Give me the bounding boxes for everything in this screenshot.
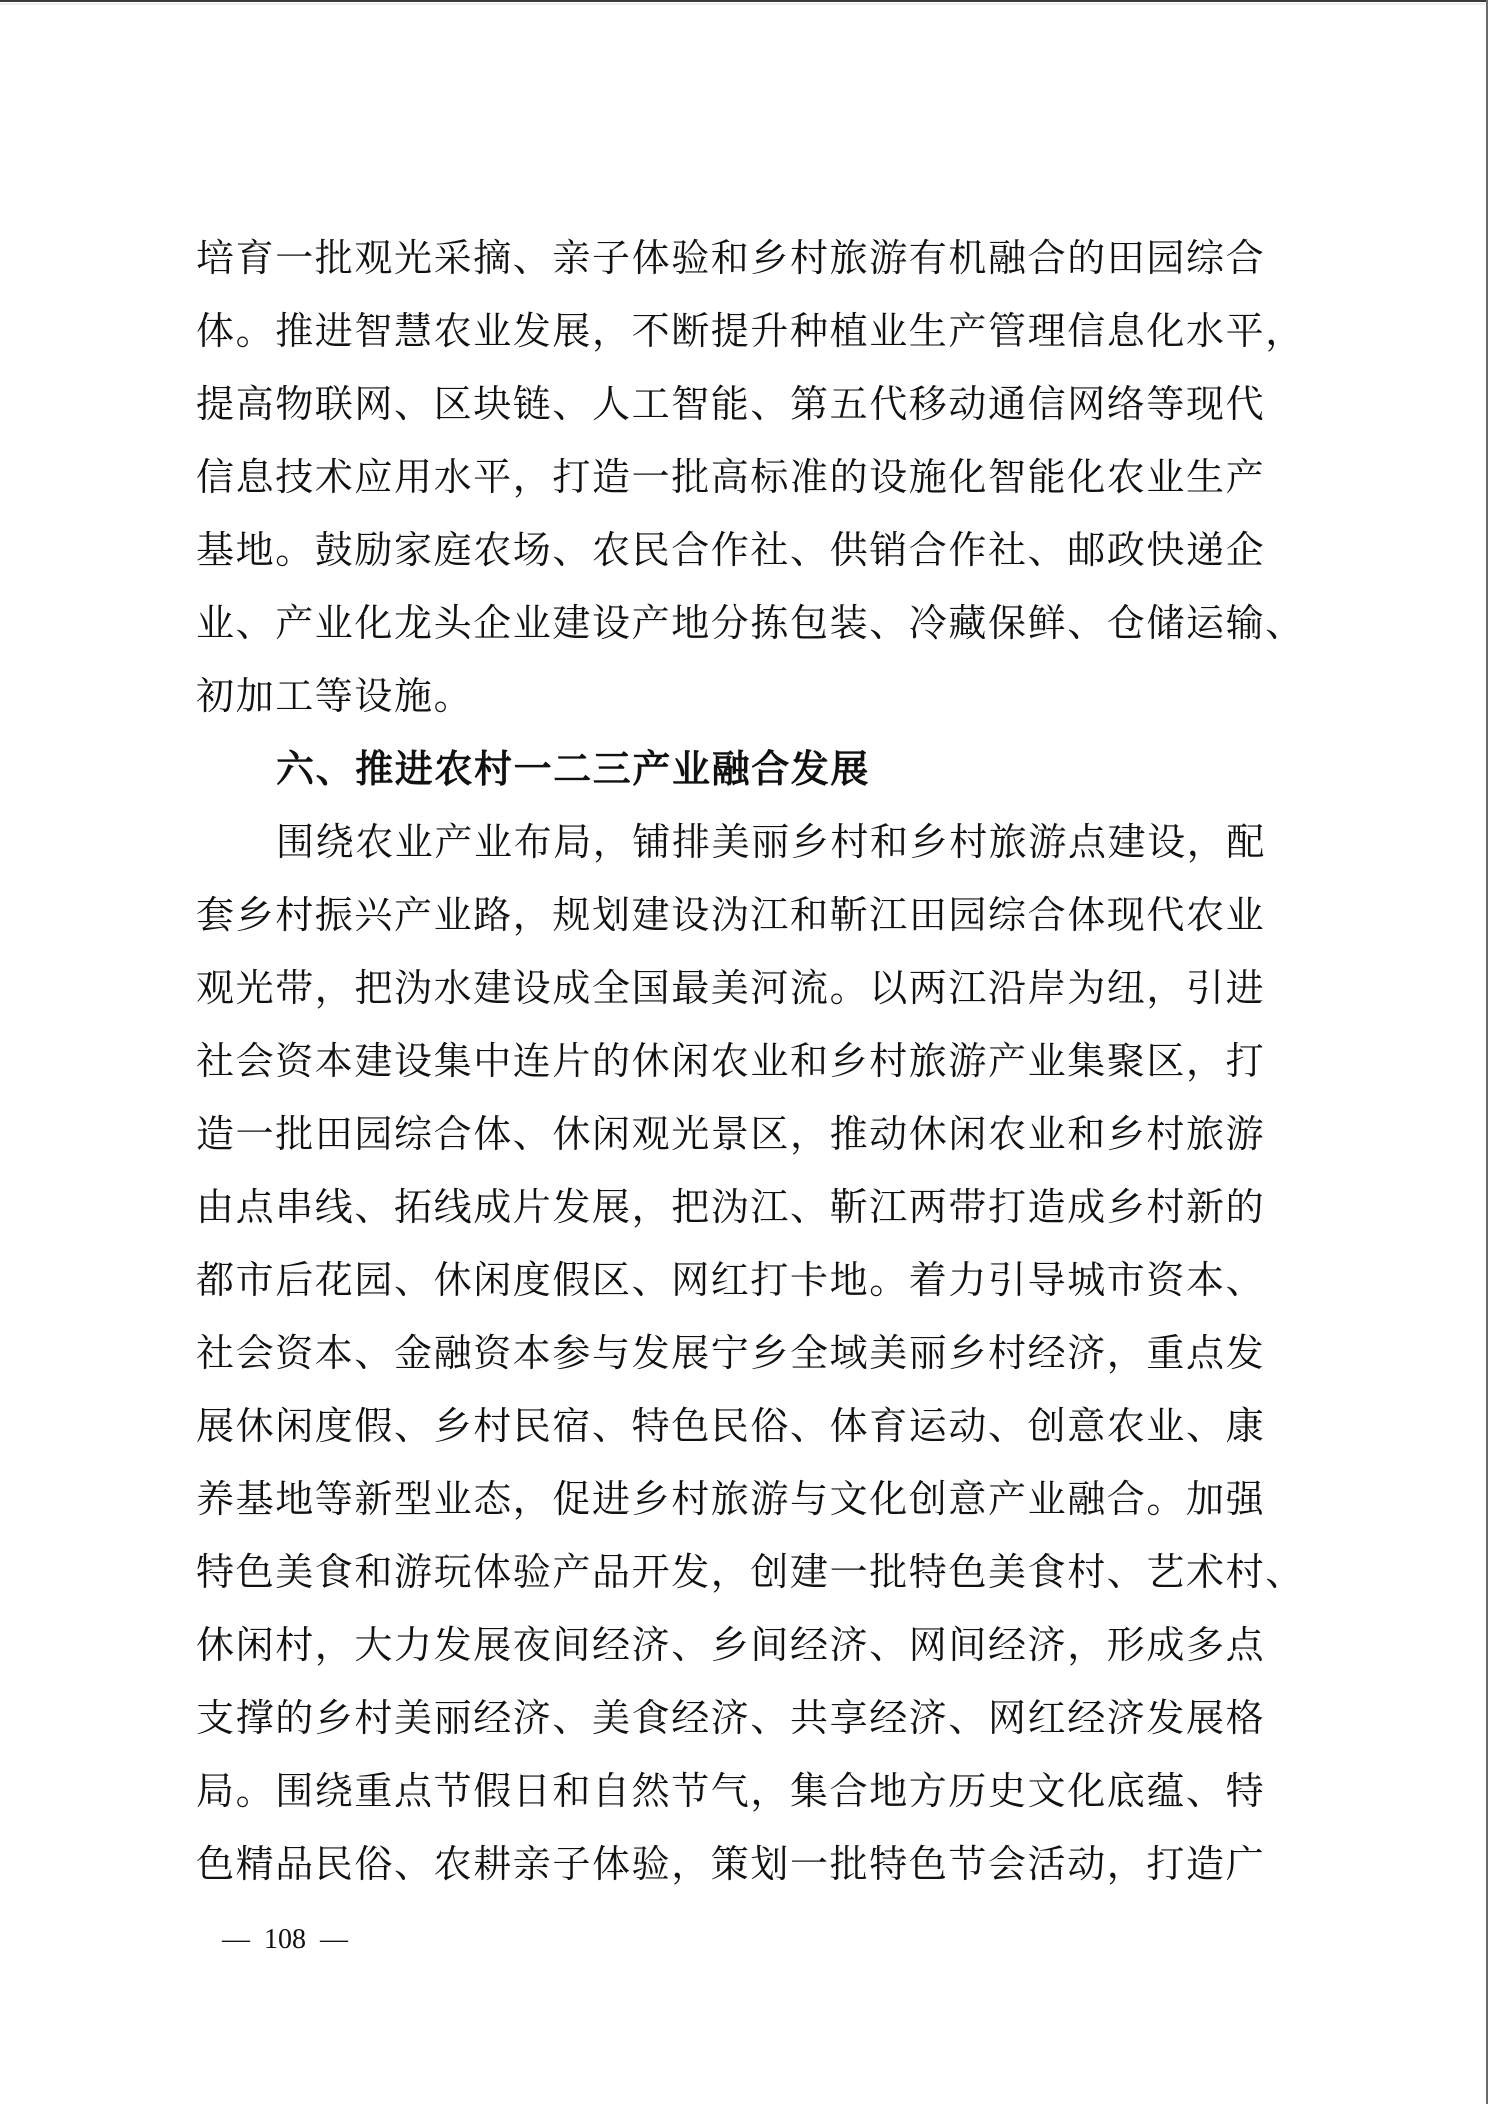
text-line: 社会资本建设集中连片的休闲农业和乡村旅游产业集聚区，打 bbox=[196, 1031, 1296, 1104]
paragraph-facilities: 培育一批观光采摘、亲子体验和乡村旅游有机融合的田园综合 体。推进智慧农业发展，不… bbox=[196, 228, 1296, 739]
text-line: 社会资本、金融资本参与发展宁乡全域美丽乡村经济，重点发 bbox=[196, 1323, 1296, 1396]
text-line: 特色美食和游玩体验产品开发，创建一批特色美食村、艺术村、 bbox=[196, 1542, 1296, 1615]
text-line: 提高物联网、区块链、人工智能、第五代移动通信网络等现代 bbox=[196, 374, 1296, 447]
text-line: 都市后花园、休闲度假区、网红打卡地。着力引导城市资本、 bbox=[196, 1250, 1296, 1323]
text-line: 初加工等设施。 bbox=[196, 666, 1296, 739]
text-line: 培育一批观光采摘、亲子体验和乡村旅游有机融合的田园综合 bbox=[196, 228, 1296, 301]
text-line: 业、产业化龙头企业建设产地分拣包装、冷藏保鲜、仓储运输、 bbox=[196, 593, 1296, 666]
text-line: 观光带，把沩水建设成全国最美河流。以两江沿岸为纽，引进 bbox=[196, 958, 1296, 1031]
text-line: 展休闲度假、乡村民宿、特色民俗、体育运动、创意农业、康 bbox=[196, 1396, 1296, 1469]
page-top-border-shadow bbox=[0, 3, 1488, 5]
text-line: 由点串线、拓线成片发展，把沩江、靳江两带打造成乡村新的 bbox=[196, 1177, 1296, 1250]
document-body: 培育一批观光采摘、亲子体验和乡村旅游有机融合的田园综合 体。推进智慧农业发展，不… bbox=[196, 228, 1296, 1907]
text-line: 支撑的乡村美丽经济、美食经济、共享经济、网红经济发展格 bbox=[196, 1688, 1296, 1761]
section-heading: 六、推进农村一二三产业融合发展 bbox=[196, 739, 1296, 812]
paragraph-industry-integration: 围绕农业产业布局，铺排美丽乡村和乡村旅游点建设，配 套乡村振兴产业路，规划建设沩… bbox=[196, 812, 1296, 1907]
text-line: 局。围绕重点节假日和自然节气，集合地方历史文化底蕴、特 bbox=[196, 1761, 1296, 1834]
page-number: — 108 — bbox=[222, 1920, 348, 1960]
text-line: 造一批田园综合体、休闲观光景区，推动休闲农业和乡村旅游 bbox=[196, 1104, 1296, 1177]
text-line: 色精品民俗、农耕亲子体验，策划一批特色节会活动，打造广 bbox=[196, 1834, 1296, 1907]
text-line: 基地。鼓励家庭农场、农民合作社、供销合作社、邮政快递企 bbox=[196, 520, 1296, 593]
page-top-border bbox=[0, 0, 1488, 2]
text-line: 围绕农业产业布局，铺排美丽乡村和乡村旅游点建设，配 bbox=[196, 812, 1296, 885]
text-line: 套乡村振兴产业路，规划建设沩江和靳江田园综合体现代农业 bbox=[196, 885, 1296, 958]
text-line: 休闲村，大力发展夜间经济、乡间经济、网间经济，形成多点 bbox=[196, 1615, 1296, 1688]
text-line: 信息技术应用水平，打造一批高标准的设施化智能化农业生产 bbox=[196, 447, 1296, 520]
text-line: 养基地等新型业态，促进乡村旅游与文化创意产业融合。加强 bbox=[196, 1469, 1296, 1542]
text-line: 体。推进智慧农业发展，不断提升种植业生产管理信息化水平， bbox=[196, 301, 1296, 374]
